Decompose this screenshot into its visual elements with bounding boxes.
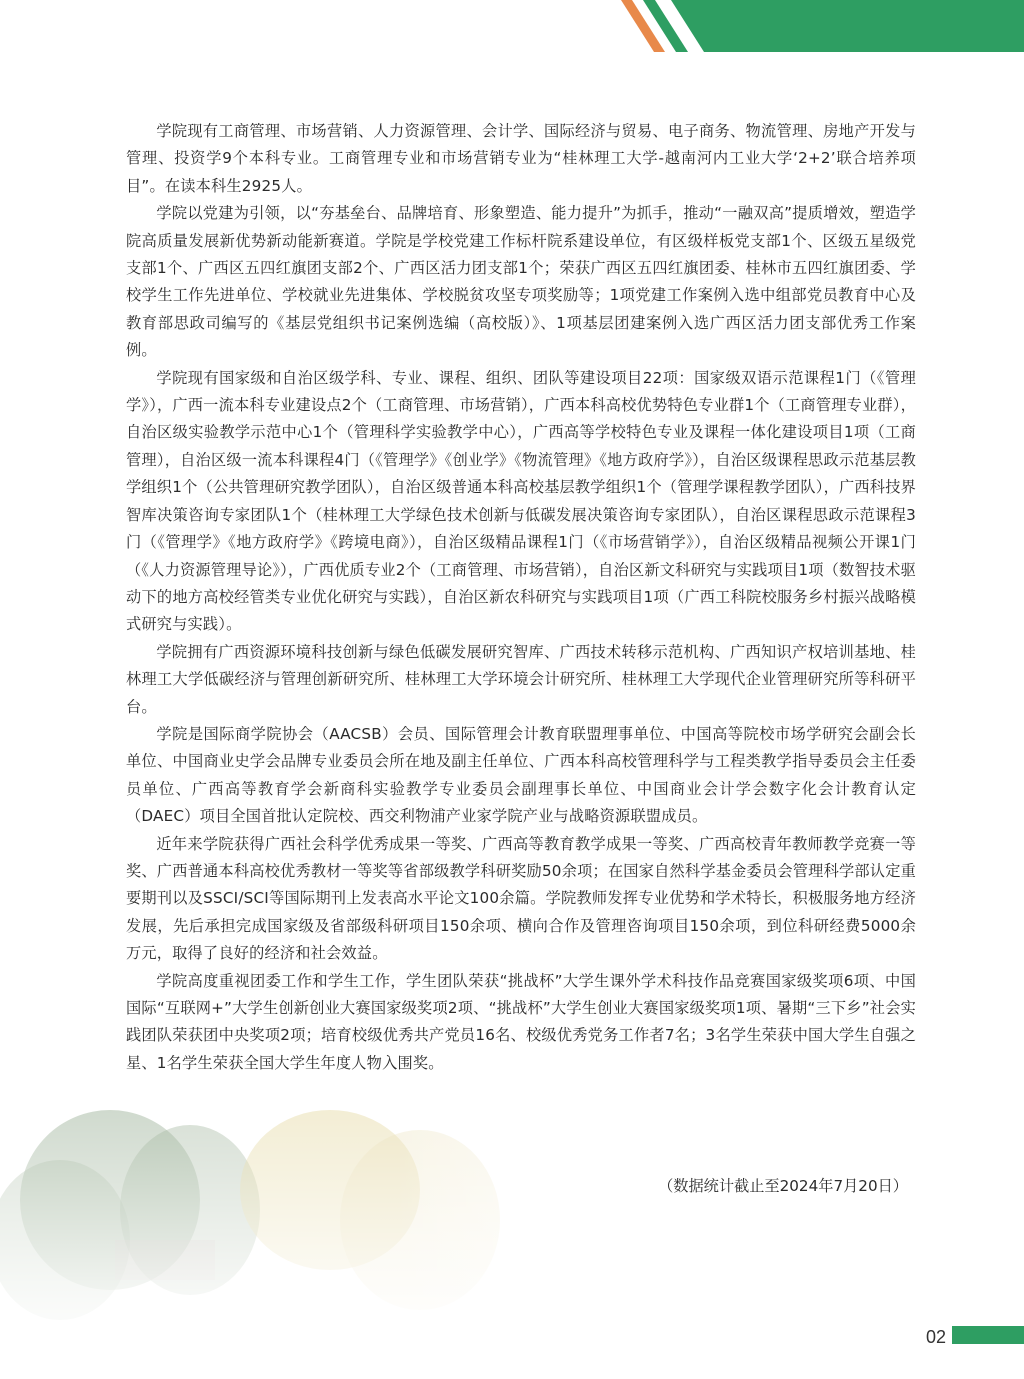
paragraph-student-work: 学院高度重视团委工作和学生工作，学生团队荣获“挑战杯”大学生课外学术科技作品竞赛…: [126, 968, 916, 1078]
page-number-bar: [952, 1326, 1024, 1344]
header-decoration: [0, 0, 1024, 55]
body-text: 学院现有工商管理、市场营销、人力资源管理、会计学、国际经济与贸易、电子商务、物流…: [126, 118, 916, 1077]
paragraph-awards-research: 近年来学院获得广西社会科学优秀成果一等奖、广西高等教育教学成果一等奖、广西高校青…: [126, 831, 916, 968]
paragraph-majors: 学院现有工商管理、市场营销、人力资源管理、会计学、国际经济与贸易、电子商务、物流…: [126, 118, 916, 200]
paragraph-construction-projects: 学院现有国家级和自治区级学科、专业、课程、组织、团队等建设项目22项：国家级双语…: [126, 365, 916, 639]
campus-photo-background: [0, 1090, 720, 1379]
paragraph-party-building: 学院以党建为引领，以“夯基垒台、品牌培育、形象塑造、能力提升”为抓手，推动“一融…: [126, 200, 916, 364]
page-number: 02: [926, 1327, 946, 1348]
data-cutoff-note: （数据统计截止至2024年7月20日）: [658, 1175, 908, 1196]
paragraph-research-platforms: 学院拥有广西资源环境科技创新与绿色低碳发展研究智库、广西技术转移示范机构、广西知…: [126, 639, 916, 721]
paragraph-memberships: 学院是国际商学院协会（AACSB）会员、国际管理会计教育联盟理事单位、中国高等院…: [126, 721, 916, 831]
